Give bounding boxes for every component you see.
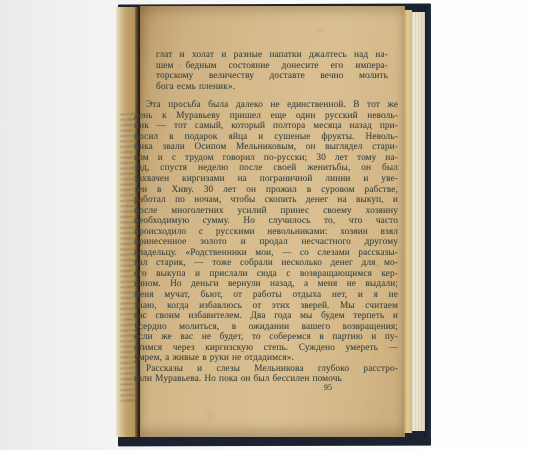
text-line: если же вас не будет, то соберемся в пар…: [134, 332, 398, 343]
paragraph-muravyov-reaction: Рассказы и слезы Мельникова глубоко расс…: [134, 364, 398, 385]
text-line: ком и с трудом говорил по-русски; 30 лет…: [134, 153, 398, 164]
text-line: зад, спустя неделю после своей женитьбы,…: [134, 163, 398, 174]
text-line: происходило с русскими невольниками: хоз…: [134, 227, 398, 238]
text-line: умрем, а живые в руки не отдадимся».: [134, 353, 398, 364]
text-line: день к Муравьеву пришел еще один русский…: [134, 111, 398, 122]
text-line: ваном. Но деньги вернули назад, а меня н…: [134, 279, 398, 290]
captive-letter-quote: глат и холат и разные напатки джалтесь н…: [156, 50, 388, 92]
page-fore-edge: [404, 10, 412, 433]
text-line: его выкупа и прислали сюда с возвращающи…: [134, 269, 398, 280]
text-line: глат и холат и разные напатки джалтесь н…: [156, 50, 388, 61]
page-block-edges: [412, 12, 425, 431]
page-text-block: глат и холат и разные напатки джалтесь н…: [134, 50, 398, 385]
text-line: стимся через киргизскую степь. Суждено у…: [134, 343, 398, 354]
text-line: ник — тот самый, который полтора месяца …: [134, 121, 398, 132]
text-line: вас своим избавителем. Два года мы будем…: [134, 311, 398, 322]
text-line: носил в подарок яйца и сушеные фрукты. Н…: [134, 132, 398, 143]
text-line: ника звали Осипом Мельниковым, он выгляд…: [134, 142, 398, 153]
text-line: после многолетних усилий принес своему х…: [134, 206, 398, 217]
text-line: Эта просьба была далеко не единственной.…: [134, 100, 398, 111]
text-line: вал старик, — тоже собрали несколько ден…: [134, 258, 398, 269]
text-line: захвачен киргизами на пограничной линии …: [134, 174, 398, 185]
text-line: зен в Хиву. 30 лет он прожил в суровом р…: [134, 185, 398, 196]
text-line: усердно молиться, в ожидании вашего возв…: [134, 322, 398, 333]
text-line: Рассказы и слезы Мельникова глубоко расс…: [134, 364, 398, 375]
text-line: шем бедным состояние донесите его импера…: [156, 61, 388, 72]
cover-right-edge: [424, 6, 431, 438]
text-line: бога есмь пленик».: [156, 82, 388, 93]
text-line: принесенное золото и продал несчастного …: [134, 237, 398, 248]
text-line: знаю, когда избавлюсь от этих зверей. Мы…: [134, 301, 398, 312]
paragraph-melnikov-story: Эта просьба была далеко не единственной.…: [134, 100, 398, 364]
page-number: 95: [316, 383, 340, 392]
text-line: работал по ночам, чтобы скопить денег на…: [134, 195, 398, 206]
text-line: гали Муравьева. Но пока он был бессилен …: [134, 374, 398, 385]
book-photo: глат и холат и разные напатки джалтесь н…: [0, 0, 550, 450]
left-page-showthrough-text: [120, 110, 135, 405]
text-line: необходимую сумму. Но случилось то, что …: [134, 216, 398, 227]
text-line: меня мучат, бьют, от работы отдыха нет, …: [134, 290, 398, 301]
text-line: торскому величеству доставте вечно молит…: [156, 71, 388, 82]
text-line: владельцу. «Родственники мои, — со слеза…: [134, 248, 398, 259]
